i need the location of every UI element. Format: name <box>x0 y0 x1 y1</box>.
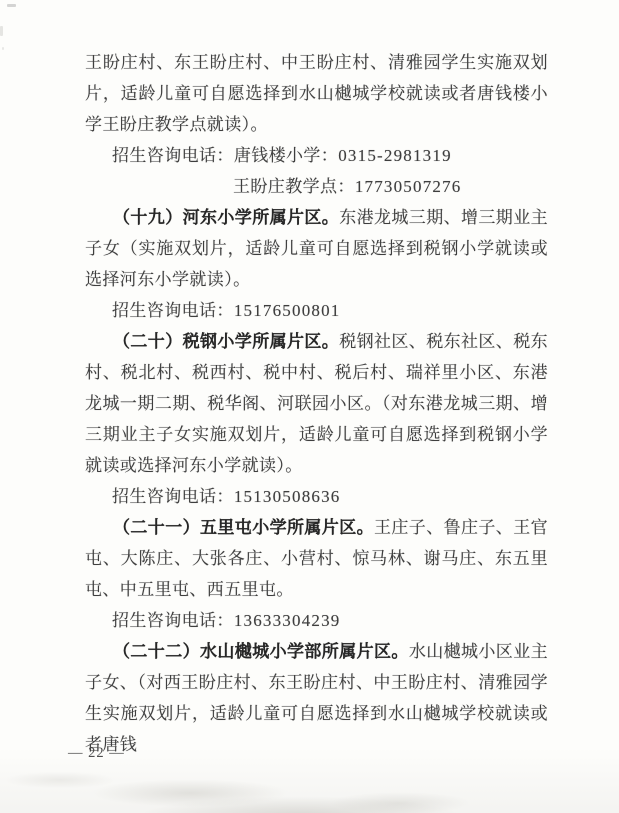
section-19-heading: （十九）河东小学所属片区。 <box>113 208 339 227</box>
contact-label: 招生咨询电话： <box>112 487 234 506</box>
section-20-contact-line: 招生咨询电话：15130508636 <box>85 481 548 512</box>
contact-line-wangpanzhuang: 王盼庄教学点：17730507276 <box>85 171 548 202</box>
section-20-heading: （二十）税钢小学所属片区。 <box>113 332 339 351</box>
contact-school-name: 王盼庄教学点： <box>233 177 355 196</box>
contact-school-name: 唐钱楼小学： <box>234 146 338 165</box>
scan-artifact-speck <box>7 4 16 7</box>
contact-line-tangqianlou: 招生咨询电话：唐钱楼小学：0315-2981319 <box>85 140 548 171</box>
page-number: — 22 — <box>68 745 125 762</box>
contact-phone-number: 17730507276 <box>355 177 462 196</box>
section-21-heading: （二十一）五里屯小学所属片区。 <box>113 518 374 537</box>
contact-label: 招生咨询电话： <box>112 146 234 165</box>
scanned-document-page: 王盼庄村、东王盼庄村、中王盼庄村、清雅园学生实施双划片，适龄儿童可自愿选择到水山… <box>0 0 619 813</box>
contact-phone-number: 0315-2981319 <box>338 146 452 165</box>
contact-label: 招生咨询电话： <box>112 611 234 630</box>
contact-label: 招生咨询电话： <box>112 301 234 320</box>
document-text-block: 王盼庄村、东王盼庄村、中王盼庄村、清雅园学生实施双划片，适龄儿童可自愿选择到水山… <box>85 47 548 760</box>
paragraph-continuation: 王盼庄村、东王盼庄村、中王盼庄村、清雅园学生实施双划片，适龄儿童可自愿选择到水山… <box>85 47 548 140</box>
contact-phone-number: 15176500801 <box>234 301 341 320</box>
section-22-paragraph: （二十二）水山樾城小学部所属片区。水山樾城小区业主子女、（对西王盼庄村、东王盼庄… <box>85 636 548 760</box>
scan-artifact-speck <box>0 26 3 36</box>
contact-phone-number: 13633304239 <box>234 611 341 630</box>
contact-phone-number: 15130508636 <box>234 487 341 506</box>
section-21-paragraph: （二十一）五里屯小学所属片区。王庄子、鲁庄子、王官屯、大陈庄、大张各庄、小营村、… <box>85 512 548 605</box>
section-20-body: 税钢社区、税东社区、税东村、税北村、税西村、税中村、税后村、瑞祥里小区、东港龙城… <box>85 332 548 475</box>
section-19-paragraph: （十九）河东小学所属片区。东港龙城三期、增三期业主子女（实施双划片，适龄儿童可自… <box>85 202 548 295</box>
scan-artifact-speck <box>2 47 4 50</box>
section-20-paragraph: （二十）税钢小学所属片区。税钢社区、税东社区、税东村、税北村、税西村、税中村、税… <box>85 326 548 481</box>
section-21-contact-line: 招生咨询电话：13633304239 <box>85 605 548 636</box>
section-19-contact-line: 招生咨询电话：15176500801 <box>85 295 548 326</box>
section-22-heading: （二十二）水山樾城小学部所属片区。 <box>113 642 409 661</box>
